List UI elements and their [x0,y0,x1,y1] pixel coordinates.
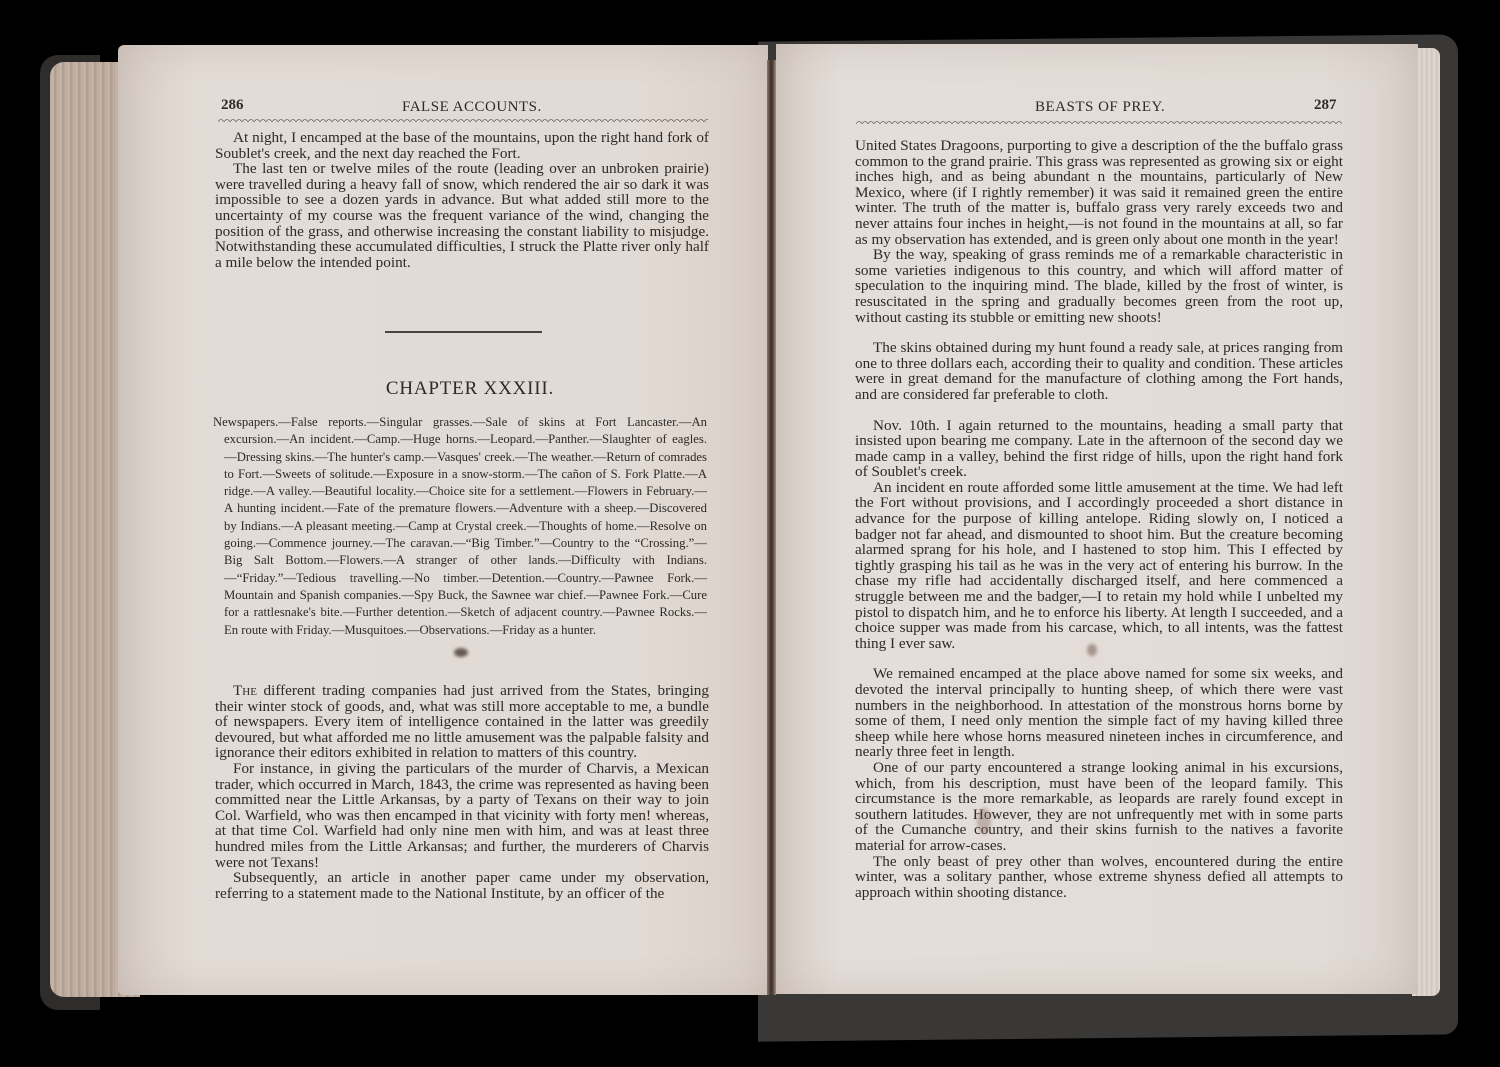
drop-word: The [233,682,257,699]
paragraph: One of our party encountered a strange l… [855,760,1343,854]
chapter-title: CHAPTER XXXIII. [370,378,570,400]
paragraph: The skins obtained during my hunt found … [855,340,1343,402]
paragraph: Subsequently, an article in another pape… [215,870,709,901]
paragraph: An incident en route afforded some littl… [855,480,1343,652]
paragraph: United States Dragoons, purporting to gi… [855,138,1343,247]
paragraph: For instance, in giving the particulars … [215,761,709,870]
running-head-left: FALSE ACCOUNTS. [402,99,542,116]
left-chapter-text: The different trading companies had just… [215,683,709,901]
running-head-right: BEASTS OF PREY. [1035,99,1165,116]
paragraph: At night, I encamped at the base of the … [215,130,709,161]
paragraph: The last ten or twelve miles of the rout… [215,161,709,270]
right-page-text: United States Dragoons, purporting to gi… [855,138,1343,900]
stain [977,808,991,834]
paragraph: By the way, speaking of grass reminds me… [855,247,1343,325]
section-divider [385,331,542,333]
book-gutter [767,60,776,995]
paragraph: The only beast of prey other than wolves… [855,854,1343,901]
stain [1087,644,1097,656]
paragraph: Nov. 10th. I again returned to the mount… [855,418,1343,480]
header-rule-right [856,120,1342,124]
chapter-synopsis: Newspapers.—False reports.—Singular gras… [213,414,707,639]
page-number-left: 286 [221,97,244,114]
paragraph: We remained encamped at the place above … [855,666,1343,760]
paragraph: The different trading companies had just… [215,683,709,761]
page-number-right: 287 [1314,97,1337,114]
ink-blot [454,648,468,657]
header-rule-left [218,118,708,122]
left-opening-text: At night, I encamped at the base of the … [215,130,709,270]
